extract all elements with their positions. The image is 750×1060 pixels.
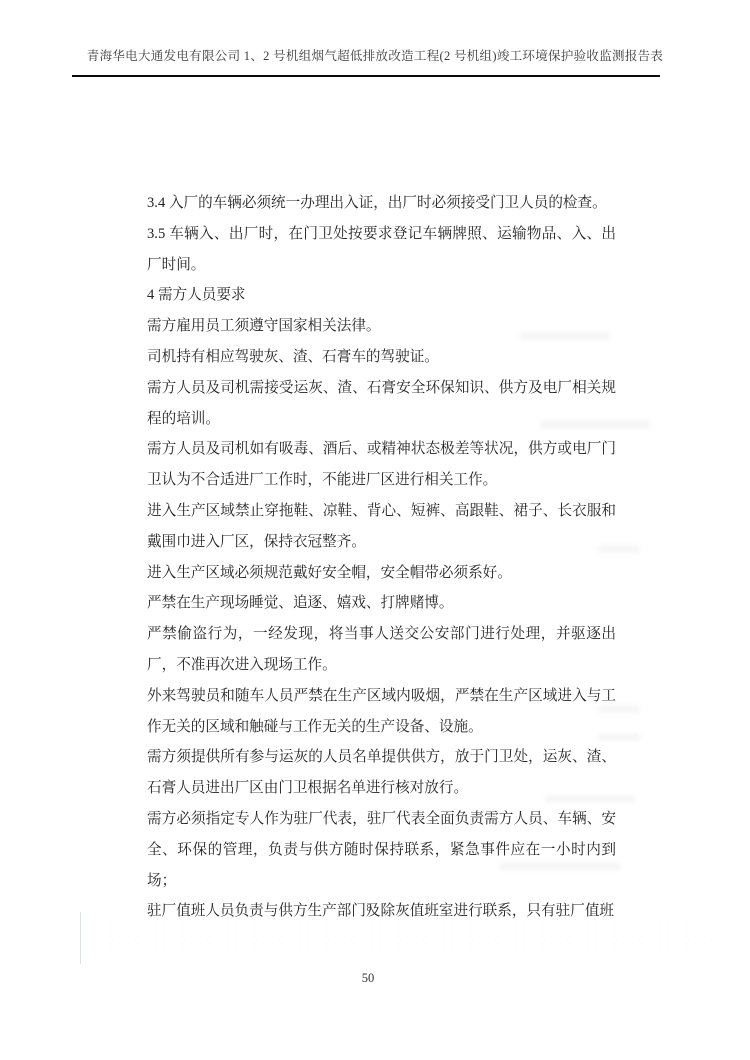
document-body: 3.4 入厂的车辆必须统一办理出入证，出厂时必须接受门卫人员的检查。3.5 车辆…: [147, 188, 616, 927]
paragraph: 严禁在生产现场睡觉、追逐、嬉戏、打牌赌博。: [147, 588, 616, 619]
scan-noise-band: [88, 922, 708, 952]
page-number: 50: [0, 971, 736, 986]
paragraph: 严禁偷盗行为，一经发现，将当事人送交公安部门进行处理，并驱逐出厂，不准再次进入现…: [147, 619, 616, 681]
paragraph: 司机持有相应驾驶灰、渣、石膏车的驾驶证。: [147, 342, 616, 373]
paragraph: 进入生产区域禁止穿拖鞋、凉鞋、背心、短裤、高跟鞋、裙子、长衣服和戴围巾进入厂区，…: [147, 496, 616, 558]
scan-page-edge: [80, 912, 81, 964]
paragraph: 需方人员及司机如有吸毒、酒后、或精神状态极差等状况，供方或电厂门卫认为不合适进厂…: [147, 434, 616, 496]
scan-artifact: [520, 332, 610, 340]
scan-artifact: [598, 545, 640, 553]
scan-artifact: [540, 420, 650, 429]
header-divider-line: [72, 75, 660, 77]
scan-artifact: [545, 795, 635, 803]
scanned-document-page: 青海华电大通发电有限公司 1、2 号机组烟气超低排放改造工程(2 号机组)竣工环…: [0, 0, 750, 1060]
scan-artifact: [598, 733, 640, 741]
scan-artifact: [598, 705, 640, 713]
scan-artifact: [500, 862, 620, 870]
inner-page-number: 8: [0, 903, 738, 914]
paragraph: 需方必须指定专人作为驻厂代表，驻厂代表全面负责需方人员、车辆、安全、环保的管理，…: [147, 804, 616, 896]
paragraph: 进入生产区域必须规范戴好安全帽，安全帽带必须系好。: [147, 558, 616, 589]
paragraph: 4 需方人员要求: [147, 280, 616, 311]
paragraph: 3.5 车辆入、出厂时，在门卫处按要求登记车辆牌照、运输物品、入、出厂时间。: [147, 219, 616, 281]
paragraph: 外来驾驶员和随车人员严禁在生产区域内吸烟，严禁在生产区域进入与工作无关的区域和触…: [147, 681, 616, 743]
paragraph: 3.4 入厂的车辆必须统一办理出入证，出厂时必须接受门卫人员的检查。: [147, 188, 616, 219]
page-header-title: 青海华电大通发电有限公司 1、2 号机组烟气超低排放改造工程(2 号机组)竣工环…: [0, 46, 750, 64]
